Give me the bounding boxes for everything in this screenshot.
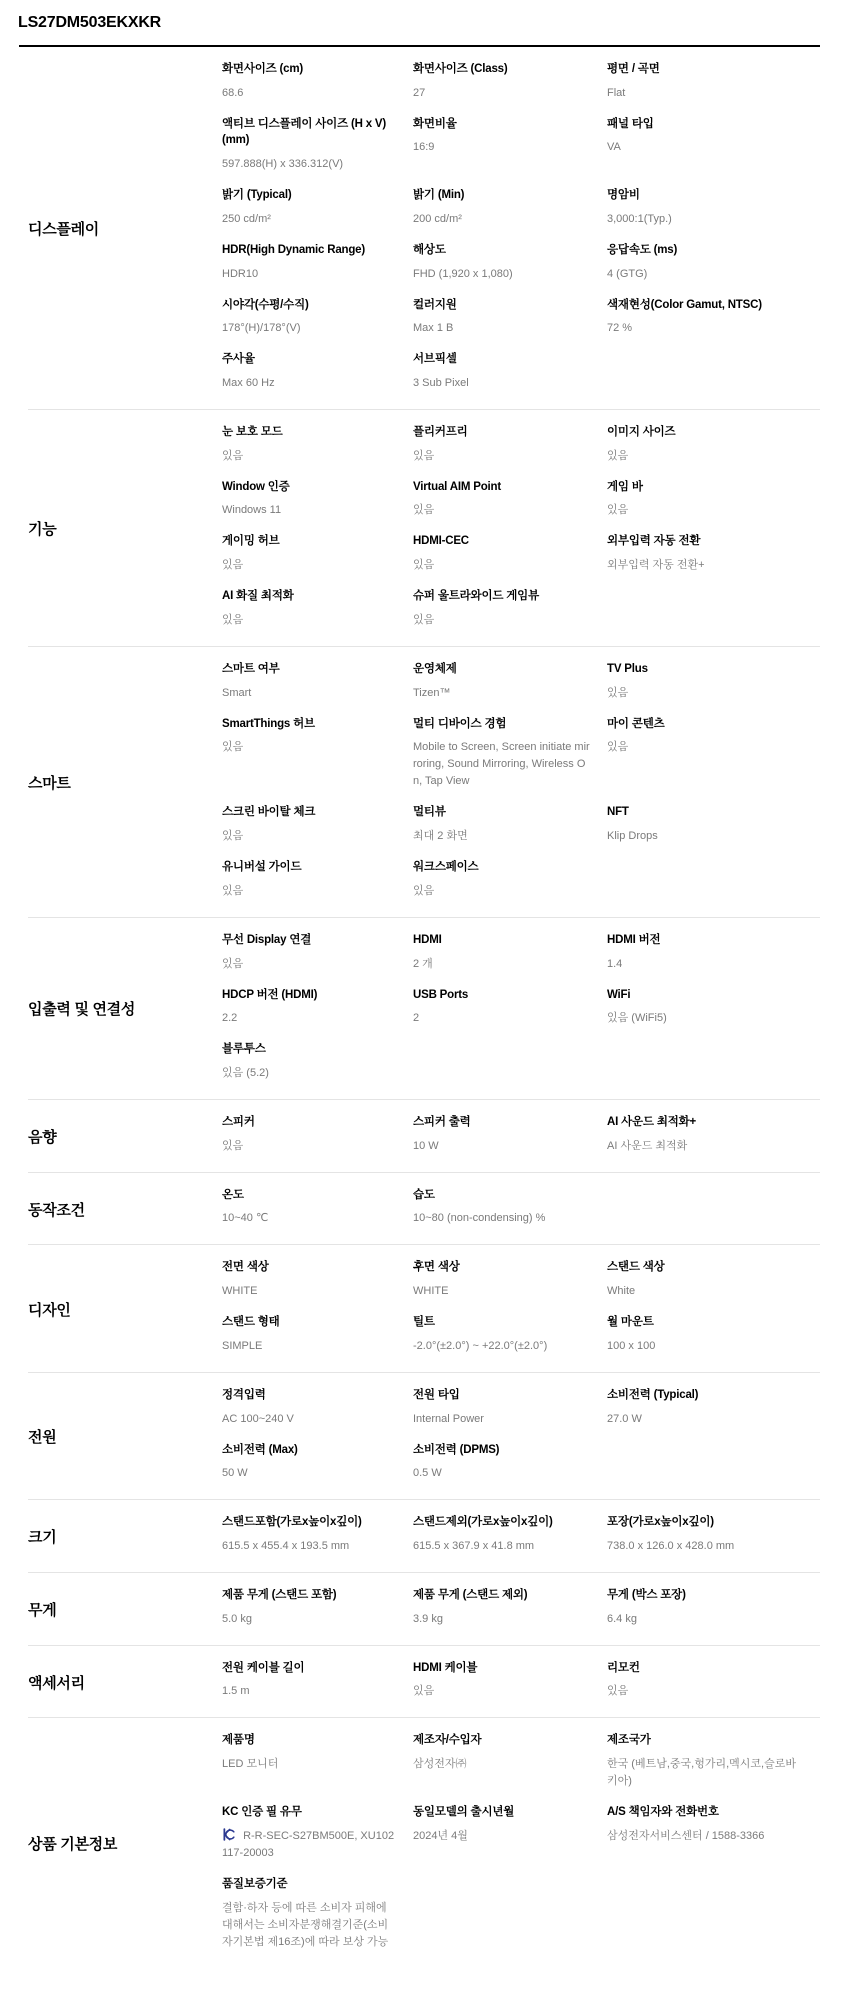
- spec-label: 제품 무게 (스탠드 포함): [222, 1587, 397, 1604]
- spec-value: 1.4: [607, 956, 804, 973]
- spec-label: 운영체제: [413, 661, 591, 678]
- spec-item: 무게 (박스 포장) 6.4 kg: [607, 1587, 820, 1642]
- category-label: 무게: [28, 1599, 222, 1630]
- spec-item: 스마트 여부 Smart: [222, 661, 413, 716]
- spec-item: 밝기 (Typical) 250 cd/m²: [222, 187, 413, 242]
- spec-item: SmartThings 허브 있음: [222, 716, 413, 771]
- spec-value: 4 (GTG): [607, 266, 804, 283]
- spec-item: 평면 / 곡면 Flat: [607, 61, 820, 116]
- spec-item: 무선 Display 연결 있음: [222, 932, 413, 987]
- spec-value: 72 %: [607, 320, 804, 337]
- spec-value: 있음: [222, 612, 397, 629]
- spec-item: 제품 무게 (스탠드 제외) 3.9 kg: [413, 1587, 607, 1642]
- spec-label: 소비전력 (Typical): [607, 1387, 804, 1404]
- spec-item: 주사율 Max 60 Hz: [222, 351, 413, 406]
- spec-value: Flat: [607, 85, 804, 102]
- spec-value: 50 W: [222, 1465, 397, 1482]
- spec-item: 소비전력 (Typical) 27.0 W: [607, 1387, 820, 1442]
- spec-item: 제조국가 한국 (베트남,중국,헝가리,멕시코,슬로바키아): [607, 1732, 820, 1804]
- spec-value: 있음: [413, 1683, 591, 1700]
- spec-value: 있음: [607, 739, 804, 756]
- spec-item: 명암비 3,000:1(Typ.): [607, 187, 820, 242]
- spec-items: 스피커 있음 스피커 출력 10 W AI 사운드 최적화+ AI 사운드 최적…: [222, 1114, 820, 1169]
- spec-items: 온도 10~40 ℃ 습도 10~80 (non-condensing) %: [222, 1187, 820, 1242]
- spec-value: 3 Sub Pixel: [413, 375, 591, 392]
- spec-section: 동작조건 온도 10~40 ℃ 습도 10~80 (non-condensing…: [28, 1172, 820, 1245]
- spec-value: 597.888(H) x 336.312(V): [222, 156, 397, 173]
- spec-label: 색재현성(Color Gamut, NTSC): [607, 297, 804, 314]
- spec-item: 스피커 있음: [222, 1114, 413, 1169]
- spec-label: 화면사이즈 (cm): [222, 61, 397, 78]
- spec-value: 한국 (베트남,중국,헝가리,멕시코,슬로바키아): [607, 1756, 804, 1790]
- spec-label: Window 인증: [222, 479, 397, 496]
- spec-value: 있음: [607, 502, 804, 519]
- spec-value: 6.4 kg: [607, 1611, 804, 1628]
- spec-item: 이미지 사이즈 있음: [607, 424, 820, 479]
- spec-value: Windows 11: [222, 502, 397, 519]
- spec-value: AC 100~240 V: [222, 1411, 397, 1428]
- spec-value: 10~40 ℃: [222, 1210, 397, 1227]
- spec-item: HDMI 2 개: [413, 932, 607, 987]
- spec-item: WiFi 있음 (WiFi5): [607, 987, 820, 1042]
- spec-label: WiFi: [607, 987, 804, 1004]
- spec-value: 있음: [607, 685, 804, 702]
- spec-value: WHITE: [222, 1283, 397, 1300]
- spec-section: 스마트 스마트 여부 Smart 운영체제 Tizen™ TV Plus 있음 …: [28, 646, 820, 917]
- spec-item: 유니버설 가이드 있음: [222, 859, 413, 914]
- spec-item: 리모컨 있음: [607, 1660, 820, 1715]
- spec-label: 동일모델의 출시년월: [413, 1804, 591, 1821]
- spec-items: 눈 보호 모드 있음 플리커프리 있음 이미지 사이즈 있음 Window 인증…: [222, 424, 820, 643]
- spec-label: HDMI 케이블: [413, 1660, 591, 1677]
- spec-item: 스피커 출력 10 W: [413, 1114, 607, 1169]
- spec-item: 틸트 -2.0°(±2.0°) ~ +22.0°(±2.0°): [413, 1314, 607, 1369]
- spec-label: 제조국가: [607, 1732, 804, 1749]
- category-label: 액세서리: [28, 1672, 222, 1703]
- spec-item: 전면 색상 WHITE: [222, 1259, 413, 1314]
- spec-label: HDMI-CEC: [413, 533, 591, 550]
- spec-label: 리모컨: [607, 1660, 804, 1677]
- spec-item: 플리커프리 있음: [413, 424, 607, 479]
- spec-label: 액티브 디스플레이 사이즈 (H x V) (mm): [222, 116, 397, 149]
- kc-certification-icon: [222, 1828, 235, 1841]
- spec-items: 정격입력 AC 100~240 V 전원 타입 Internal Power 소…: [222, 1387, 820, 1496]
- spec-value: 결함·하자 등에 따른 소비자 피해에 대해서는 소비자분쟁해결기준(소비자기본…: [222, 1900, 397, 1951]
- spec-label: 스마트 여부: [222, 661, 397, 678]
- spec-page: LS27DM503EKXKR 디스플레이 화면사이즈 (cm) 68.6 화면사…: [0, 0, 860, 1998]
- spec-item: HDCP 버전 (HDMI) 2.2: [222, 987, 413, 1042]
- spec-label: 포장(가로x높이x깊이): [607, 1514, 804, 1531]
- spec-item: 응답속도 (ms) 4 (GTG): [607, 242, 820, 297]
- spec-item: 제조자/수입자 삼성전자㈜: [413, 1732, 607, 1787]
- spec-item: HDMI-CEC 있음: [413, 533, 607, 588]
- spec-section: 상품 기본정보 제품명 LED 모니터 제조자/수입자 삼성전자㈜ 제조국가 한…: [28, 1717, 820, 1967]
- spec-label: 제조자/수입자: [413, 1732, 591, 1749]
- spec-label: 소비전력 (Max): [222, 1442, 397, 1459]
- spec-item: 전원 타입 Internal Power: [413, 1387, 607, 1442]
- spec-label: 제품 무게 (스탠드 제외): [413, 1587, 591, 1604]
- spec-label: 무선 Display 연결: [222, 932, 397, 949]
- spec-value: Internal Power: [413, 1411, 591, 1428]
- spec-label: HDCP 버전 (HDMI): [222, 987, 397, 1004]
- spec-value: 있음: [222, 828, 397, 845]
- category-label: 음향: [28, 1126, 222, 1157]
- spec-items: 제품명 LED 모니터 제조자/수입자 삼성전자㈜ 제조국가 한국 (베트남,중…: [222, 1732, 820, 1964]
- spec-value: 있음: [222, 448, 397, 465]
- spec-label: 밝기 (Min): [413, 187, 591, 204]
- spec-item: 제품 무게 (스탠드 포함) 5.0 kg: [222, 1587, 413, 1642]
- spec-item: 멀티 디바이스 경험 Mobile to Screen, Screen init…: [413, 716, 607, 805]
- category-label: 전원: [28, 1426, 222, 1457]
- spec-value: 27.0 W: [607, 1411, 804, 1428]
- spec-label: HDMI 버전: [607, 932, 804, 949]
- spec-label: 화면비율: [413, 116, 591, 133]
- spec-item: 액티브 디스플레이 사이즈 (H x V) (mm) 597.888(H) x …: [222, 116, 413, 187]
- spec-value: Mobile to Screen, Screen initiate mirror…: [413, 739, 591, 790]
- spec-item: 운영체제 Tizen™: [413, 661, 607, 716]
- spec-value: 있음: [413, 557, 591, 574]
- spec-label: 소비전력 (DPMS): [413, 1442, 591, 1459]
- spec-label: 슈퍼 울트라와이드 게임뷰: [413, 588, 591, 605]
- spec-label: KC 인증 필 유무: [222, 1804, 397, 1821]
- spec-value: 0.5 W: [413, 1465, 591, 1482]
- spec-value: VA: [607, 139, 804, 156]
- spec-label: 전원 케이블 길이: [222, 1660, 397, 1677]
- spec-value: LED 모니터: [222, 1756, 397, 1773]
- spec-label: NFT: [607, 804, 804, 821]
- spec-items: 제품 무게 (스탠드 포함) 5.0 kg 제품 무게 (스탠드 제외) 3.9…: [222, 1587, 820, 1642]
- spec-item: 포장(가로x높이x깊이) 738.0 x 126.0 x 428.0 mm: [607, 1514, 820, 1569]
- spec-value: 있음: [607, 1683, 804, 1700]
- spec-item: 스탠드포함(가로x높이x깊이) 615.5 x 455.4 x 193.5 mm: [222, 1514, 413, 1569]
- spec-item: 소비전력 (Max) 50 W: [222, 1442, 413, 1497]
- spec-label: 시야각(수평/수직): [222, 297, 397, 314]
- spec-label: HDR(High Dynamic Range): [222, 242, 397, 259]
- spec-value: -2.0°(±2.0°) ~ +22.0°(±2.0°): [413, 1338, 591, 1355]
- spec-value: 5.0 kg: [222, 1611, 397, 1628]
- spec-value: 있음: [607, 448, 804, 465]
- spec-item: 멀티뷰 최대 2 화면: [413, 804, 607, 859]
- spec-items: 전원 케이블 길이 1.5 m HDMI 케이블 있음 리모컨 있음: [222, 1660, 820, 1715]
- spec-item: 동일모델의 출시년월 2024년 4월: [413, 1804, 607, 1859]
- spec-value: 250 cd/m²: [222, 211, 397, 228]
- spec-items: 스마트 여부 Smart 운영체제 Tizen™ TV Plus 있음 Smar…: [222, 661, 820, 914]
- spec-item: A/S 책임자와 전화번호 삼성전자서비스센터 / 1588-3366: [607, 1804, 820, 1859]
- spec-item: 시야각(수평/수직) 178°(H)/178°(V): [222, 297, 413, 352]
- spec-label: 틸트: [413, 1314, 591, 1331]
- spec-value: 738.0 x 126.0 x 428.0 mm: [607, 1538, 804, 1555]
- spec-section: 입출력 및 연결성 무선 Display 연결 있음 HDMI 2 개 HDMI…: [28, 917, 820, 1099]
- spec-item: Window 인증 Windows 11: [222, 479, 413, 534]
- spec-section: 디스플레이 화면사이즈 (cm) 68.6 화면사이즈 (Class) 27 평…: [28, 47, 820, 409]
- spec-value: 있음: [222, 1138, 397, 1155]
- spec-item: TV Plus 있음: [607, 661, 820, 716]
- spec-label: 스피커 출력: [413, 1114, 591, 1131]
- spec-label: 평면 / 곡면: [607, 61, 804, 78]
- spec-value: 68.6: [222, 85, 397, 102]
- spec-label: 주사율: [222, 351, 397, 368]
- spec-value: 외부입력 자동 전환+: [607, 557, 804, 574]
- spec-item: HDMI 버전 1.4: [607, 932, 820, 987]
- spec-value: 2: [413, 1010, 591, 1027]
- spec-item: 게임 바 있음: [607, 479, 820, 534]
- spec-item: 스탠드 형태 SIMPLE: [222, 1314, 413, 1369]
- spec-items: 전면 색상 WHITE 후면 색상 WHITE 스탠드 색상 White 스탠드…: [222, 1259, 820, 1368]
- spec-value: 있음: [413, 502, 591, 519]
- spec-item: 눈 보호 모드 있음: [222, 424, 413, 479]
- spec-label: Virtual AIM Point: [413, 479, 591, 496]
- spec-item: 패널 타입 VA: [607, 116, 820, 171]
- spec-item: 서브픽셀 3 Sub Pixel: [413, 351, 607, 406]
- spec-item: 컬러지원 Max 1 B: [413, 297, 607, 352]
- spec-label: 눈 보호 모드: [222, 424, 397, 441]
- spec-label: 게임 바: [607, 479, 804, 496]
- spec-label: 게이밍 허브: [222, 533, 397, 550]
- spec-section: 크기 스탠드포함(가로x높이x깊이) 615.5 x 455.4 x 193.5…: [28, 1499, 820, 1572]
- spec-label: 블루투스: [222, 1041, 397, 1058]
- spec-label: 밝기 (Typical): [222, 187, 397, 204]
- spec-value: 100 x 100: [607, 1338, 804, 1355]
- spec-label: 이미지 사이즈: [607, 424, 804, 441]
- spec-item: 외부입력 자동 전환 외부입력 자동 전환+: [607, 533, 820, 588]
- spec-items: 스탠드포함(가로x높이x깊이) 615.5 x 455.4 x 193.5 mm…: [222, 1514, 820, 1569]
- spec-item: 슈퍼 울트라와이드 게임뷰 있음: [413, 588, 607, 643]
- category-label: 동작조건: [28, 1199, 222, 1230]
- spec-item: 밝기 (Min) 200 cd/m²: [413, 187, 607, 242]
- spec-label: USB Ports: [413, 987, 591, 1004]
- spec-items: 무선 Display 연결 있음 HDMI 2 개 HDMI 버전 1.4 HD…: [222, 932, 820, 1096]
- spec-value: 2.2: [222, 1010, 397, 1027]
- spec-item: HDR(High Dynamic Range) HDR10: [222, 242, 413, 297]
- spec-section: 액세서리 전원 케이블 길이 1.5 m HDMI 케이블 있음 리모컨 있음: [28, 1645, 820, 1718]
- spec-value: 3.9 kg: [413, 1611, 591, 1628]
- spec-item: 화면비율 16:9: [413, 116, 607, 171]
- spec-value: 615.5 x 455.4 x 193.5 mm: [222, 1538, 397, 1555]
- category-label: 기능: [28, 518, 222, 549]
- spec-label: 화면사이즈 (Class): [413, 61, 591, 78]
- category-label: 스마트: [28, 772, 222, 803]
- spec-value: AI 사운드 최적화: [607, 1138, 804, 1155]
- spec-value: 삼성전자㈜: [413, 1756, 591, 1773]
- spec-value: 3,000:1(Typ.): [607, 211, 804, 228]
- spec-item: 월 마운트 100 x 100: [607, 1314, 820, 1369]
- category-label: 디자인: [28, 1299, 222, 1330]
- spec-item: 온도 10~40 ℃: [222, 1187, 413, 1242]
- spec-value: HDR10: [222, 266, 397, 283]
- spec-item: 소비전력 (DPMS) 0.5 W: [413, 1442, 607, 1497]
- spec-value: 178°(H)/178°(V): [222, 320, 397, 337]
- spec-value: 있음 (5.2): [222, 1065, 397, 1082]
- spec-item: 제품명 LED 모니터: [222, 1732, 413, 1787]
- spec-item: AI 사운드 최적화+ AI 사운드 최적화: [607, 1114, 820, 1169]
- spec-label: 워크스페이스: [413, 859, 591, 876]
- spec-value: WHITE: [413, 1283, 591, 1300]
- spec-item: KC 인증 필 유무 R-R-SEC-S27BM500E, XU102117-2…: [222, 1804, 413, 1876]
- spec-value: 200 cd/m²: [413, 211, 591, 228]
- spec-value: 615.5 x 367.9 x 41.8 mm: [413, 1538, 591, 1555]
- spec-item: 화면사이즈 (Class) 27: [413, 61, 607, 116]
- spec-label: 명암비: [607, 187, 804, 204]
- spec-label: 온도: [222, 1187, 397, 1204]
- spec-item: 워크스페이스 있음: [413, 859, 607, 914]
- spec-value: R-R-SEC-S27BM500E, XU102117-20003: [222, 1828, 397, 1862]
- spec-label: 후면 색상: [413, 1259, 591, 1276]
- spec-section: 전원 정격입력 AC 100~240 V 전원 타입 Internal Powe…: [28, 1372, 820, 1499]
- spec-label: 스크린 바이탈 체크: [222, 804, 397, 821]
- spec-value: 10~80 (non-condensing) %: [413, 1210, 591, 1227]
- spec-item: USB Ports 2: [413, 987, 607, 1042]
- spec-item: 품질보증기준 결함·하자 등에 따른 소비자 피해에 대해서는 소비자분쟁해결기…: [222, 1876, 413, 1965]
- spec-value: Tizen™: [413, 685, 591, 702]
- spec-label: 월 마운트: [607, 1314, 804, 1331]
- spec-item: 화면사이즈 (cm) 68.6: [222, 61, 413, 116]
- spec-item: 색재현성(Color Gamut, NTSC) 72 %: [607, 297, 820, 352]
- spec-section: 기능 눈 보호 모드 있음 플리커프리 있음 이미지 사이즈 있음 Window…: [28, 409, 820, 646]
- spec-value: 있음: [413, 612, 591, 629]
- spec-value: 있음: [222, 739, 397, 756]
- spec-label: 전원 타입: [413, 1387, 591, 1404]
- spec-label: AI 사운드 최적화+: [607, 1114, 804, 1131]
- spec-item: 후면 색상 WHITE: [413, 1259, 607, 1314]
- spec-item: 정격입력 AC 100~240 V: [222, 1387, 413, 1442]
- spec-table: 디스플레이 화면사이즈 (cm) 68.6 화면사이즈 (Class) 27 평…: [28, 47, 820, 1968]
- spec-label: 멀티뷰: [413, 804, 591, 821]
- spec-value: White: [607, 1283, 804, 1300]
- spec-label: 멀티 디바이스 경험: [413, 716, 591, 733]
- spec-item: 스탠드제외(가로x높이x깊이) 615.5 x 367.9 x 41.8 mm: [413, 1514, 607, 1569]
- category-label: 입출력 및 연결성: [28, 998, 222, 1029]
- spec-value: Max 60 Hz: [222, 375, 397, 392]
- spec-value: 10 W: [413, 1138, 591, 1155]
- category-label: 디스플레이: [28, 218, 222, 249]
- spec-label: 플리커프리: [413, 424, 591, 441]
- spec-value: 2024년 4월: [413, 1828, 591, 1845]
- spec-value: 16:9: [413, 139, 591, 156]
- category-label: 상품 기본정보: [28, 1833, 222, 1864]
- spec-label: 컬러지원: [413, 297, 591, 314]
- spec-item: 게이밍 허브 있음: [222, 533, 413, 588]
- spec-label: 스탠드제외(가로x높이x깊이): [413, 1514, 591, 1531]
- spec-value: SIMPLE: [222, 1338, 397, 1355]
- spec-label: AI 화질 최적화: [222, 588, 397, 605]
- spec-label: 무게 (박스 포장): [607, 1587, 804, 1604]
- spec-label: 외부입력 자동 전환: [607, 533, 804, 550]
- spec-item: 해상도 FHD (1,920 x 1,080): [413, 242, 607, 297]
- spec-item: NFT Klip Drops: [607, 804, 820, 859]
- spec-value: 2 개: [413, 956, 591, 973]
- spec-label: 응답속도 (ms): [607, 242, 804, 259]
- spec-label: 마이 콘텐츠: [607, 716, 804, 733]
- spec-item: Virtual AIM Point 있음: [413, 479, 607, 534]
- spec-item: HDMI 케이블 있음: [413, 1660, 607, 1715]
- spec-items: 화면사이즈 (cm) 68.6 화면사이즈 (Class) 27 평면 / 곡면…: [222, 61, 820, 406]
- spec-value: 있음: [222, 956, 397, 973]
- spec-section: 디자인 전면 색상 WHITE 후면 색상 WHITE 스탠드 색상 White…: [28, 1244, 820, 1371]
- spec-label: HDMI: [413, 932, 591, 949]
- spec-value: FHD (1,920 x 1,080): [413, 266, 591, 283]
- spec-label: 스탠드 색상: [607, 1259, 804, 1276]
- category-label: 크기: [28, 1526, 222, 1557]
- spec-item: AI 화질 최적화 있음: [222, 588, 413, 643]
- spec-value: Smart: [222, 685, 397, 702]
- spec-item: 블루투스 있음 (5.2): [222, 1041, 413, 1096]
- spec-value: Klip Drops: [607, 828, 804, 845]
- spec-label: 유니버설 가이드: [222, 859, 397, 876]
- spec-label: 전면 색상: [222, 1259, 397, 1276]
- spec-value: 최대 2 화면: [413, 828, 591, 845]
- spec-item: 마이 콘텐츠 있음: [607, 716, 820, 771]
- spec-item: 스크린 바이탈 체크 있음: [222, 804, 413, 859]
- spec-label: 스탠드 형태: [222, 1314, 397, 1331]
- spec-label: 서브픽셀: [413, 351, 591, 368]
- spec-item: 습도 10~80 (non-condensing) %: [413, 1187, 607, 1242]
- spec-label: 정격입력: [222, 1387, 397, 1404]
- spec-value: 삼성전자서비스센터 / 1588-3366: [607, 1828, 804, 1845]
- spec-label: SmartThings 허브: [222, 716, 397, 733]
- spec-value: 있음: [222, 557, 397, 574]
- spec-label: 스피커: [222, 1114, 397, 1131]
- spec-item: 스탠드 색상 White: [607, 1259, 820, 1314]
- spec-label: TV Plus: [607, 661, 804, 678]
- spec-item: 전원 케이블 길이 1.5 m: [222, 1660, 413, 1715]
- spec-value: 있음: [413, 448, 591, 465]
- spec-section: 무게 제품 무게 (스탠드 포함) 5.0 kg 제품 무게 (스탠드 제외) …: [28, 1572, 820, 1645]
- spec-value: Max 1 B: [413, 320, 591, 337]
- spec-label: 패널 타입: [607, 116, 804, 133]
- spec-label: 제품명: [222, 1732, 397, 1749]
- spec-label: A/S 책임자와 전화번호: [607, 1804, 804, 1821]
- spec-label: 해상도: [413, 242, 591, 259]
- spec-value: 있음 (WiFi5): [607, 1010, 804, 1027]
- spec-label: 습도: [413, 1187, 591, 1204]
- spec-section: 음향 스피커 있음 스피커 출력 10 W AI 사운드 최적화+ AI 사운드…: [28, 1099, 820, 1172]
- spec-label: 품질보증기준: [222, 1876, 397, 1893]
- spec-value: 1.5 m: [222, 1683, 397, 1700]
- spec-label: 스탠드포함(가로x높이x깊이): [222, 1514, 397, 1531]
- spec-value: 있음: [222, 883, 397, 900]
- page-title: LS27DM503EKXKR: [18, 10, 820, 45]
- spec-value: 27: [413, 85, 591, 102]
- spec-value: 있음: [413, 883, 591, 900]
